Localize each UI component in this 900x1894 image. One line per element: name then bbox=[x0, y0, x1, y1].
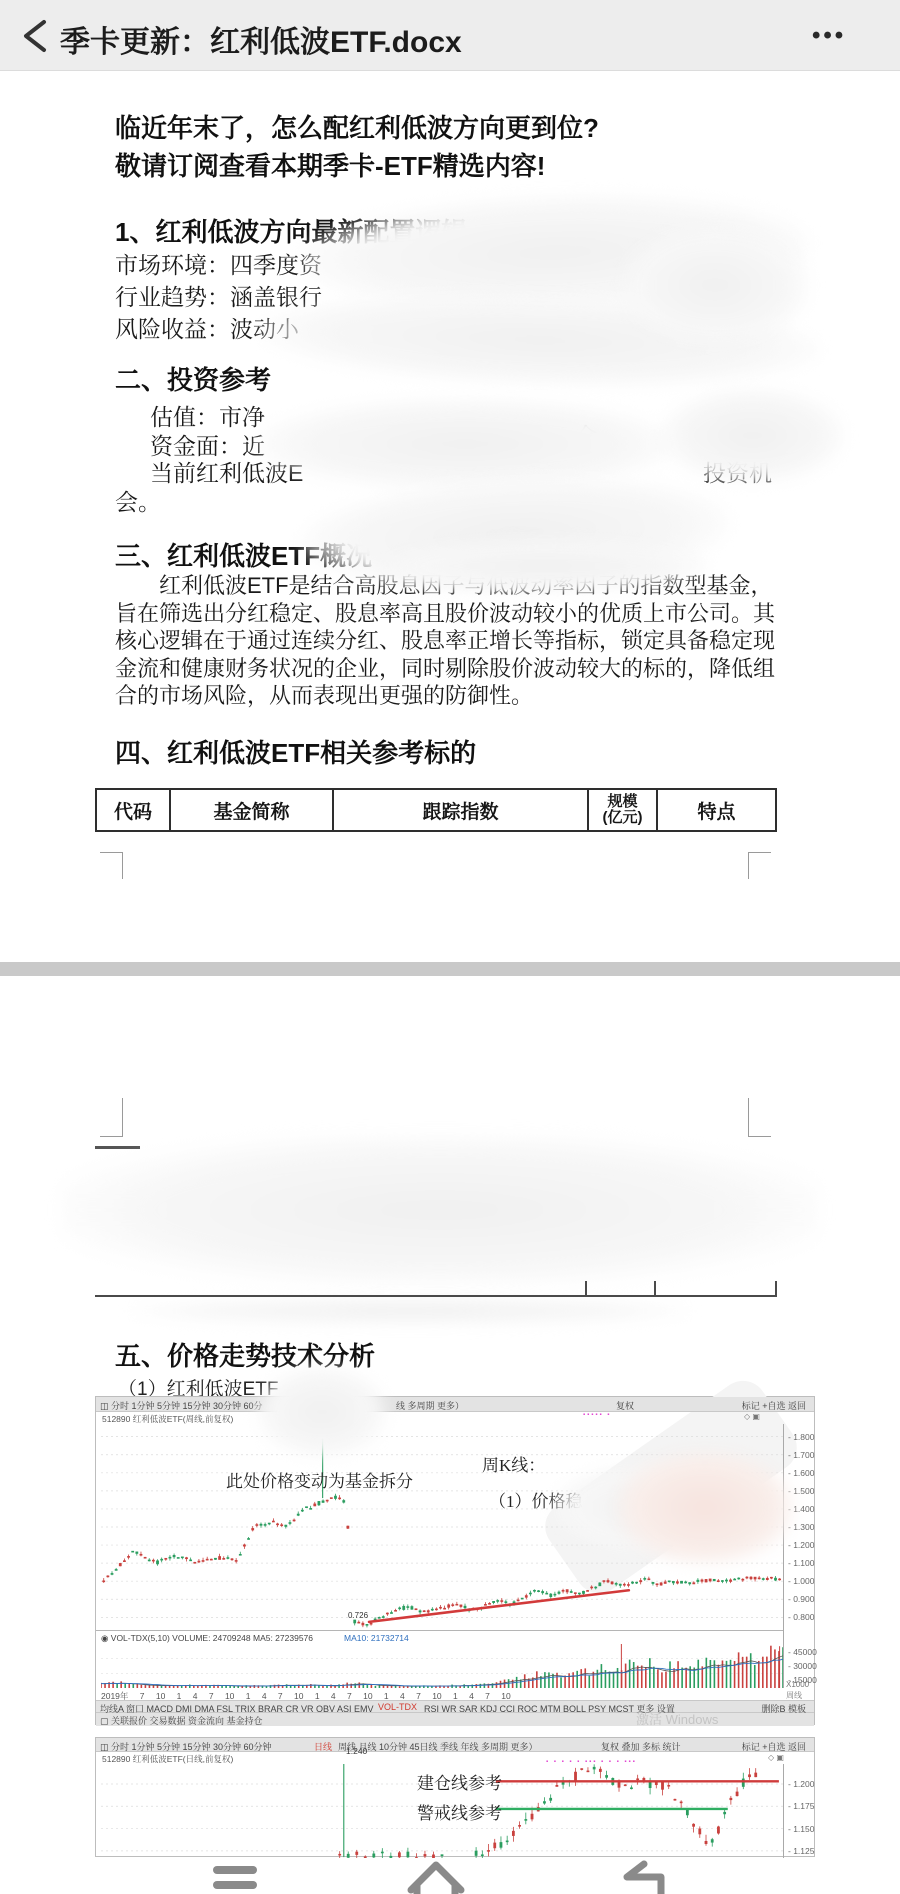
back-nav-icon[interactable] bbox=[612, 1860, 674, 1894]
table-header-code: 代码 bbox=[97, 790, 169, 830]
chart1-low-label: 0.726 bbox=[348, 1611, 368, 1620]
axis-tick-label: - 1.000 bbox=[788, 1576, 814, 1586]
axis-tick-label: - 0.800 bbox=[788, 1612, 814, 1622]
chart2-period-tabs-pre[interactable]: ◫ 分时 1分钟 5分钟 15分钟 30分钟 60分钟 bbox=[100, 1740, 272, 1753]
axis-tick-label: - 1.200 bbox=[788, 1779, 814, 1789]
section1-item-industry: 行业趋势：涵盖银行 bbox=[115, 279, 322, 312]
chart1-data-tabs[interactable]: ▢ 关联报价 交易数据 资金流向 基金持仓 bbox=[100, 1714, 263, 1727]
redaction-blob bbox=[660, 388, 845, 483]
redaction-blob bbox=[380, 540, 710, 592]
table-header-fund: 基金简称 bbox=[169, 790, 332, 830]
section4-heading: 四、红利低波ETF相关参考标的 bbox=[115, 733, 476, 770]
page1-corner-mark-right bbox=[748, 852, 771, 879]
redaction-blob bbox=[256, 1366, 388, 1458]
chart1-axis-line bbox=[783, 1424, 784, 1688]
redaction-blob-table bbox=[60, 1135, 820, 1285]
page1-corner-mark-left bbox=[100, 852, 123, 879]
header-bar: 季卡更新：红利低波ETF.docx ••• bbox=[0, 0, 900, 71]
chart1-volume-plot bbox=[101, 1644, 783, 1688]
chart1-volume-unit: X1000 bbox=[786, 1680, 809, 1689]
chart1-period-tabs[interactable]: ◫ 分时 1分钟 5分钟 15分钟 30分钟 60分 bbox=[100, 1399, 263, 1412]
volume-tick-label: - 30000 bbox=[788, 1661, 817, 1671]
more-menu-icon[interactable]: ••• bbox=[812, 22, 846, 50]
axis-tick-label: - 1.800 bbox=[788, 1432, 814, 1442]
chart1-event-markers: ▪▪▪▪▪ ▪ bbox=[583, 1412, 611, 1418]
chart2-tools[interactable]: 标记 +自选 返回 bbox=[742, 1740, 806, 1753]
table2-column-tick-3 bbox=[775, 1281, 777, 1296]
reference-table: 代码 基金简称 跟踪指数 规模 (亿元) 特点 bbox=[95, 788, 777, 832]
redaction-blob bbox=[255, 398, 675, 490]
chart1-panel-divider bbox=[96, 1630, 783, 1631]
redaction-blob-pink bbox=[615, 1450, 795, 1565]
table2-column-tick-2 bbox=[654, 1281, 656, 1296]
redaction-blob bbox=[620, 225, 810, 345]
chart2-warning-line-label: 警戒线参考 bbox=[417, 1799, 502, 1824]
chart1-period-tabs-right[interactable]: 线 多周期 更多） bbox=[396, 1399, 464, 1412]
axis-tick-label: - 1.700 bbox=[788, 1450, 814, 1460]
intro-line-1: 临近年末了，怎么配红利低波方向更到位? bbox=[115, 108, 599, 145]
document-title: 季卡更新：红利低波ETF.docx bbox=[60, 17, 462, 61]
section3-paragraph: 红利低波ETF是结合高股息因子与低波动率因子的指数型基金，旨在筛选出分红稳定、股… bbox=[115, 572, 777, 712]
chart2-corner-icons[interactable]: ◇ ▣ bbox=[768, 1753, 784, 1762]
home-icon[interactable] bbox=[405, 1860, 467, 1894]
menu-icon[interactable] bbox=[213, 1866, 257, 1874]
chart1-annotation-split: 此处价格变动为基金拆分 bbox=[226, 1467, 413, 1492]
back-icon[interactable] bbox=[18, 17, 50, 55]
table2-column-tick-1 bbox=[585, 1281, 587, 1296]
page2-corner-mark-right bbox=[748, 1098, 771, 1137]
chart2-toolbar: ◫ 分时 1分钟 5分钟 15分钟 30分钟 60分钟 日线 周线 月线 10分… bbox=[96, 1738, 814, 1752]
page2-corner-mark-left bbox=[100, 1098, 123, 1137]
daily-chart-screenshot: ◫ 分时 1分钟 5分钟 15分钟 30分钟 60分钟 日线 周线 月线 10分… bbox=[95, 1737, 815, 1857]
section2-heading: 二、投资参考 bbox=[115, 360, 271, 397]
redaction-blob bbox=[130, 1298, 690, 1324]
table-header-scale: 规模 (亿元) bbox=[587, 790, 656, 830]
chart2-period-tabs-post[interactable]: 周线 月线 10分钟 45日线 季线 年线 多周期 更多） bbox=[338, 1740, 538, 1753]
chart1-volume-ma10: MA10: 21732714 bbox=[344, 1633, 409, 1643]
menu-icon[interactable] bbox=[213, 1881, 257, 1889]
axis-tick-label: - 1.100 bbox=[788, 1558, 814, 1568]
section2-continuation: 会。 bbox=[115, 484, 161, 517]
table-header-index: 跟踪指数 bbox=[332, 790, 587, 830]
windows-activation-watermark: 激活 Windows bbox=[636, 1709, 718, 1728]
chart1-indicator-selected[interactable]: VOL-TDX bbox=[378, 1702, 417, 1712]
axis-tick-label: - 0.900 bbox=[788, 1594, 814, 1604]
section1-item-market: 市场环境：四季度资 bbox=[115, 247, 322, 280]
chart1-note-title: 周K线： bbox=[482, 1451, 545, 1476]
chart1-adjust-dropdown[interactable]: 复权 bbox=[616, 1399, 634, 1412]
page-separator bbox=[0, 962, 900, 976]
table2-bottom-border bbox=[95, 1295, 777, 1297]
chart2-peak-label: 1.240 bbox=[346, 1746, 367, 1756]
chart2-entry-line-label: 建仓线参考 bbox=[417, 1769, 502, 1794]
axis-tick-label: - 1.175 bbox=[788, 1801, 814, 1811]
chart2-axis-line bbox=[783, 1764, 784, 1858]
axis-tick-label: - 1.200 bbox=[788, 1540, 814, 1550]
table-header-feature: 特点 bbox=[656, 790, 775, 830]
chart2-view-tools[interactable]: 复权 叠加 多标 统计 bbox=[601, 1740, 681, 1753]
volume-tick-label: - 45000 bbox=[788, 1647, 817, 1657]
chart2-period-tab-selected[interactable]: 日线 bbox=[314, 1740, 332, 1753]
chart1-tools[interactable]: 标记 +自选 返回 bbox=[742, 1399, 806, 1412]
chart1-corner-icons[interactable]: ◇ ▣ bbox=[744, 1412, 760, 1421]
chart1-volume-header: ◉ VOL-TDX(5,10) VOLUME: 24709248 MA5: 27… bbox=[101, 1633, 313, 1644]
axis-tick-label: - 1.600 bbox=[788, 1468, 814, 1478]
axis-tick-label: - 1.125 bbox=[788, 1846, 814, 1856]
file-preview-screen: 季卡更新：红利低波ETF.docx ••• 临近年末了，怎么配红利低波方向更到位… bbox=[0, 0, 900, 1894]
chart1-toolbar: ◫ 分时 1分钟 5分钟 15分钟 30分钟 60分 线 多周期 更多） 复权 … bbox=[96, 1397, 814, 1412]
axis-tick-label: - 1.150 bbox=[788, 1824, 814, 1834]
intro-line-2: 敬请订阅查看本期季卡-ETF精选内容! bbox=[115, 146, 545, 183]
